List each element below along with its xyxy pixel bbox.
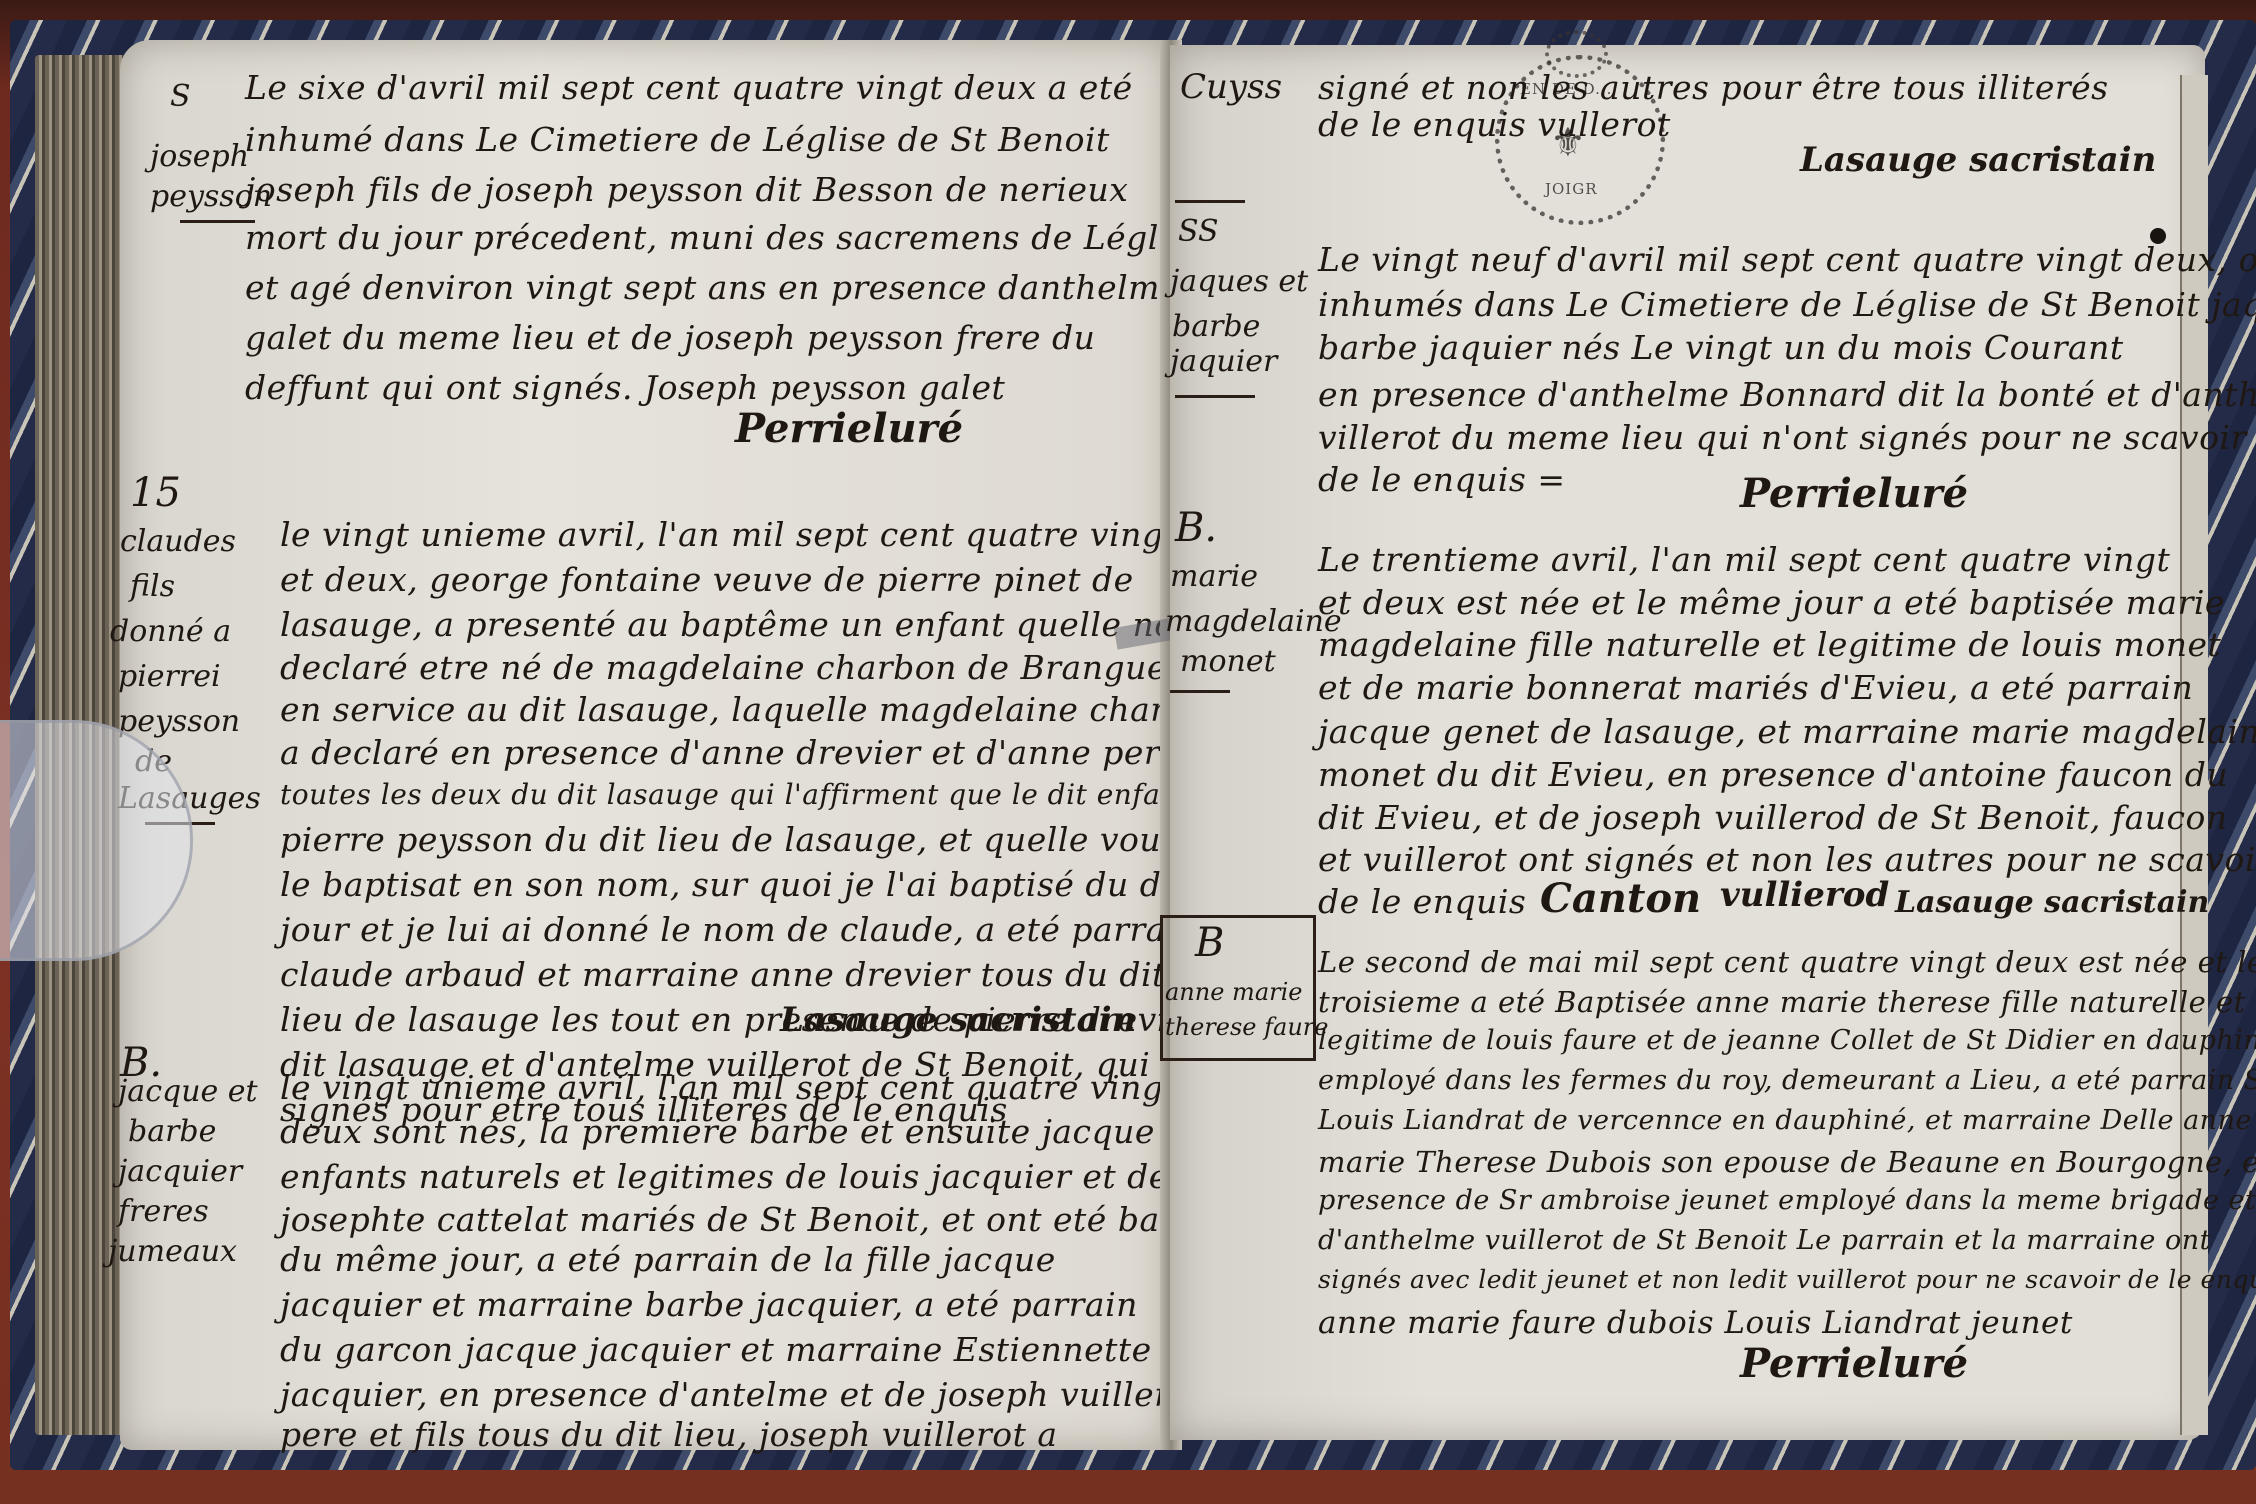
margin-note-name: magdelaine <box>1165 605 1342 639</box>
margin-rule <box>180 220 255 223</box>
entry-line: marie Therese Dubois son epouse de Beaun… <box>1318 1145 2256 1179</box>
entry-line: toutes les deux du dit lasauge qui l'aff… <box>280 778 1312 811</box>
entry-line: jacquier, en presence d'antelme et de jo… <box>280 1375 1205 1414</box>
margin-note-name: therese faure <box>1165 1010 1328 1044</box>
entry-line: dit Evieu, et de joseph vuillerod de St … <box>1318 798 2228 837</box>
entry-line: joseph fils de joseph peysson dit Besson… <box>245 170 1128 209</box>
margin-note-name: jacque et <box>118 1075 258 1109</box>
margin-rule <box>1175 395 1255 398</box>
entry-line: monet du dit Evieu, en presence d'antoin… <box>1318 755 2228 794</box>
witness-signature: Canton <box>1540 875 1701 922</box>
entry-line: d'anthelme vuillerot de St Benoit Le par… <box>1318 1225 2211 1256</box>
priest-signature: Perrieluré <box>1740 1340 1968 1387</box>
entry-line: Le vingt neuf d'avril mil sept cent quat… <box>1318 240 2256 279</box>
entry-line: de le enquis <box>1318 882 1526 921</box>
margin-note-name: barbe <box>1172 310 1260 344</box>
entry-line: jour et je lui ai donné le nom de claude… <box>280 910 1199 949</box>
entry-line: lasauge, a presenté au baptême un enfant… <box>280 605 1234 644</box>
entry-line: deux sont nés, la premiere barbe et ensu… <box>280 1112 1155 1151</box>
margin-note-name: monet <box>1180 645 1276 679</box>
sacristan-signature: Lasauge sacristain <box>1895 885 2209 920</box>
witness-signature: vullierod <box>1720 875 1889 915</box>
entry-line: villerot du meme lieu qui n'ont signés p… <box>1318 418 2247 457</box>
entry-line: Louis Liandrat de vercennce en dauphiné,… <box>1318 1105 2252 1136</box>
entry-number: 15 <box>130 470 181 516</box>
entry-line: et deux est née et le même jour a eté ba… <box>1318 583 2225 622</box>
entry-line: signé et non les autres pour être tous i… <box>1318 68 2109 107</box>
entry-line: magdelaine fille naturelle et legitime d… <box>1318 625 2221 664</box>
margin-note-name: freres <box>118 1195 209 1229</box>
entry-line: et deux, george fontaine veuve de pierre… <box>280 560 1134 599</box>
entry-line: le vingt unieme avril, l'an mil sept cen… <box>280 515 1177 554</box>
entry-line: jacque genet de lasauge, et marraine mar… <box>1318 712 2256 751</box>
witness-signatures-line: anne marie faure dubois Louis Liandrat j… <box>1318 1305 2073 1341</box>
sacristan-signature: Lasauge sacristain <box>1800 140 2156 180</box>
entry-line: et agé denviron vingt sept ans en presen… <box>245 268 1180 307</box>
margin-note-mark: SS <box>1178 215 1219 249</box>
entry-line: jacquier et marraine barbe jacquier, a e… <box>280 1285 1138 1324</box>
entry-line: a declaré en presence d'anne drevier et … <box>280 733 1224 772</box>
margin-note-mark: Cuyss <box>1180 70 1282 104</box>
entry-line: signés avec ledit jeunet et non ledit vu… <box>1318 1265 2256 1294</box>
margin-note-name: anne marie <box>1165 975 1302 1009</box>
priest-signature: Perrieluré <box>735 405 963 452</box>
entry-line: du garcon jacque jacquier et marraine Es… <box>280 1330 1152 1369</box>
margin-note-name: jaquier <box>1170 345 1277 379</box>
entry-line: presence de Sr ambroise jeunet employé d… <box>1318 1185 2256 1216</box>
entry-line: employé dans les fermes du roy, demeuran… <box>1318 1065 2256 1096</box>
entry-line: josephte cattelat mariés de St Benoit, e… <box>280 1200 1261 1239</box>
margin-rule <box>1170 690 1230 693</box>
entry-line: legitime de louis faure et de jeanne Col… <box>1318 1025 2256 1056</box>
entry-line: Le sixe d'avril mil sept cent quatre vin… <box>245 68 1133 107</box>
margin-note-name: barbe <box>128 1115 216 1149</box>
entry-line: Le trentieme avril, l'an mil sept cent q… <box>1318 540 2170 579</box>
margin-note-mark: S <box>170 80 191 114</box>
entry-line: le baptisat en son nom, sur quoi je l'ai… <box>280 865 1186 904</box>
entry-line: et de marie bonnerat mariés d'Evieu, a e… <box>1318 668 2193 707</box>
entry-line: de le enquis vullerot <box>1318 105 1671 144</box>
margin-note-name: jacquier <box>118 1155 242 1189</box>
entry-line: deffunt qui ont signés. Joseph peysson g… <box>245 368 1005 407</box>
margin-note-name: pierrei <box>118 660 221 694</box>
entry-line: inhumés dans Le Cimetiere de Léglise de … <box>1318 285 2256 324</box>
entry-number: B. <box>1175 505 1217 551</box>
entry-line: galet du meme lieu et de joseph peysson … <box>245 318 1095 357</box>
ink-blot <box>2150 228 2166 244</box>
margin-note-name: joseph <box>150 140 249 174</box>
entry-line: et vuillerot ont signés et non les autre… <box>1318 840 2256 879</box>
margin-note-name: marie <box>1170 560 1258 594</box>
entry-line: Le second de mai mil sept cent quatre vi… <box>1318 945 2256 979</box>
entry-line: pere et fils tous du dit lieu, joseph vu… <box>280 1415 1058 1454</box>
margin-note-name: jaques et <box>1170 265 1308 299</box>
entry-line: en service au dit lasauge, laquelle magd… <box>280 690 1230 729</box>
entry-line: de le enquis = <box>1318 460 1566 499</box>
entry-line: inhumé dans Le Cimetiere de Léglise de S… <box>245 120 1110 159</box>
stamp-bottom-text: JOIGR <box>1545 180 1598 198</box>
margin-note-name: donné a <box>110 615 231 649</box>
margin-note-name: jumeaux <box>108 1235 237 1269</box>
entry-line: troisieme a eté Baptisée anne marie ther… <box>1318 985 2246 1019</box>
sacristan-signature: Lasauge sacristain <box>780 1000 1136 1040</box>
entry-number: B <box>1195 920 1224 966</box>
entry-line: barbe jaquier nés Le vingt un du mois Co… <box>1318 328 2124 367</box>
entry-line: pierre peysson du dit lieu de lasauge, e… <box>280 820 1294 859</box>
entry-line: du même jour, a eté parrain de la fille … <box>280 1240 1056 1279</box>
entry-line: en presence d'anthelme Bonnard dit la bo… <box>1318 375 2256 414</box>
priest-signature: Perrieluré <box>1740 470 1968 517</box>
entry-line: claude arbaud et marraine anne drevier t… <box>280 955 1166 994</box>
margin-note-name: peysson <box>118 705 240 739</box>
margin-note-name: fils <box>130 570 175 604</box>
entry-line: mort du jour précedent, muni des sacreme… <box>245 218 1218 257</box>
margin-note-name: claudes <box>120 525 236 559</box>
entry-line: le vingt unieme avril, l'an mil sept cen… <box>280 1068 1177 1107</box>
margin-rule <box>1175 200 1245 203</box>
entry-line: enfants naturels et legitimes de louis j… <box>280 1157 1169 1196</box>
